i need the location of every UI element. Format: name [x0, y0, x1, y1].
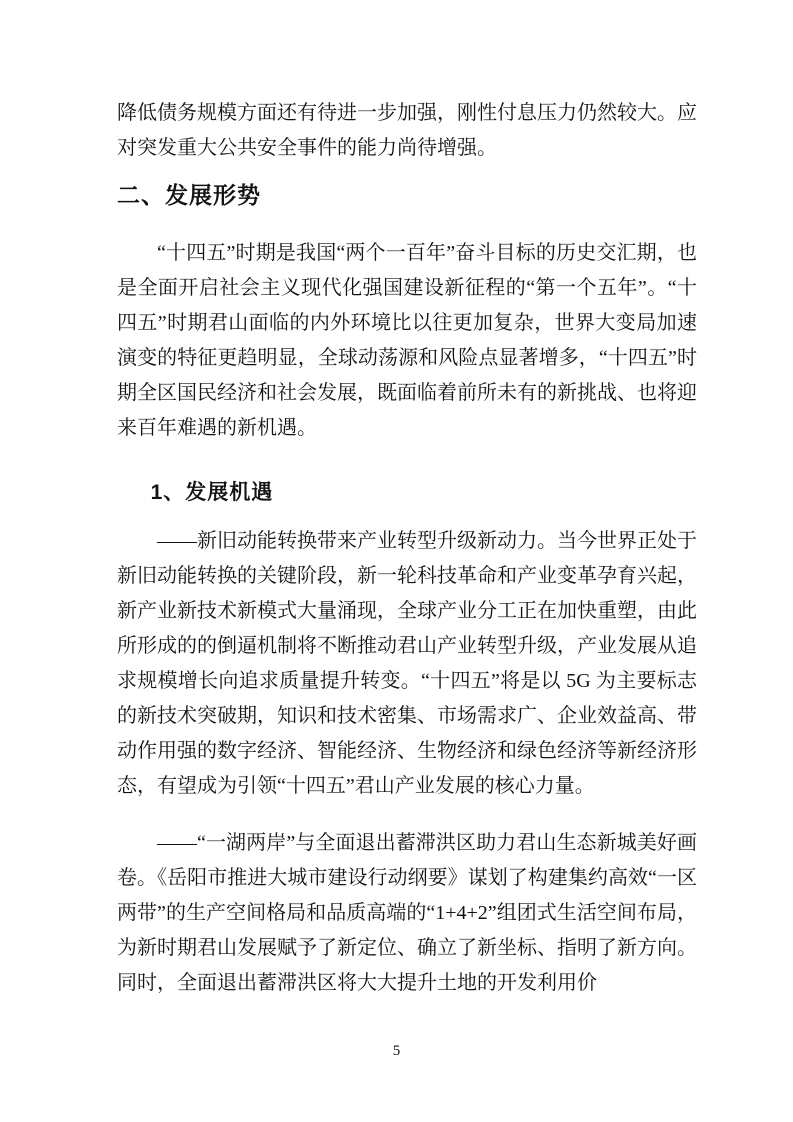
- section-heading: 二、发展形势: [117, 179, 697, 212]
- document-page: 降低债务规模方面还有待进一步加强，刚性付息压力仍然较大。应对突发重大公共安全事件…: [0, 0, 793, 1122]
- page-number: 5: [0, 1041, 793, 1061]
- document-body: 降低债务规模方面还有待进一步加强，刚性付息压力仍然较大。应对突发重大公共安全事件…: [117, 96, 697, 1001]
- section-intro-paragraph: “十四五”时期是我国“两个一百年”奋斗目标的历史交汇期，也是全面开启社会主义现代…: [117, 236, 697, 446]
- continuation-paragraph: 降低债务规模方面还有待进一步加强，刚性付息压力仍然较大。应对突发重大公共安全事件…: [117, 96, 697, 166]
- body-paragraph: ——“一湖两岸”与全面退出蓄滞洪区助力君山生态新城美好画卷。《岳阳市推进大城市建…: [117, 826, 697, 1001]
- subsection-heading: 1、发展机遇: [117, 478, 697, 508]
- body-paragraph: ——新旧动能转换带来产业转型升级新动力。当今世界正处于新旧动能转换的关键阶段，新…: [117, 524, 697, 804]
